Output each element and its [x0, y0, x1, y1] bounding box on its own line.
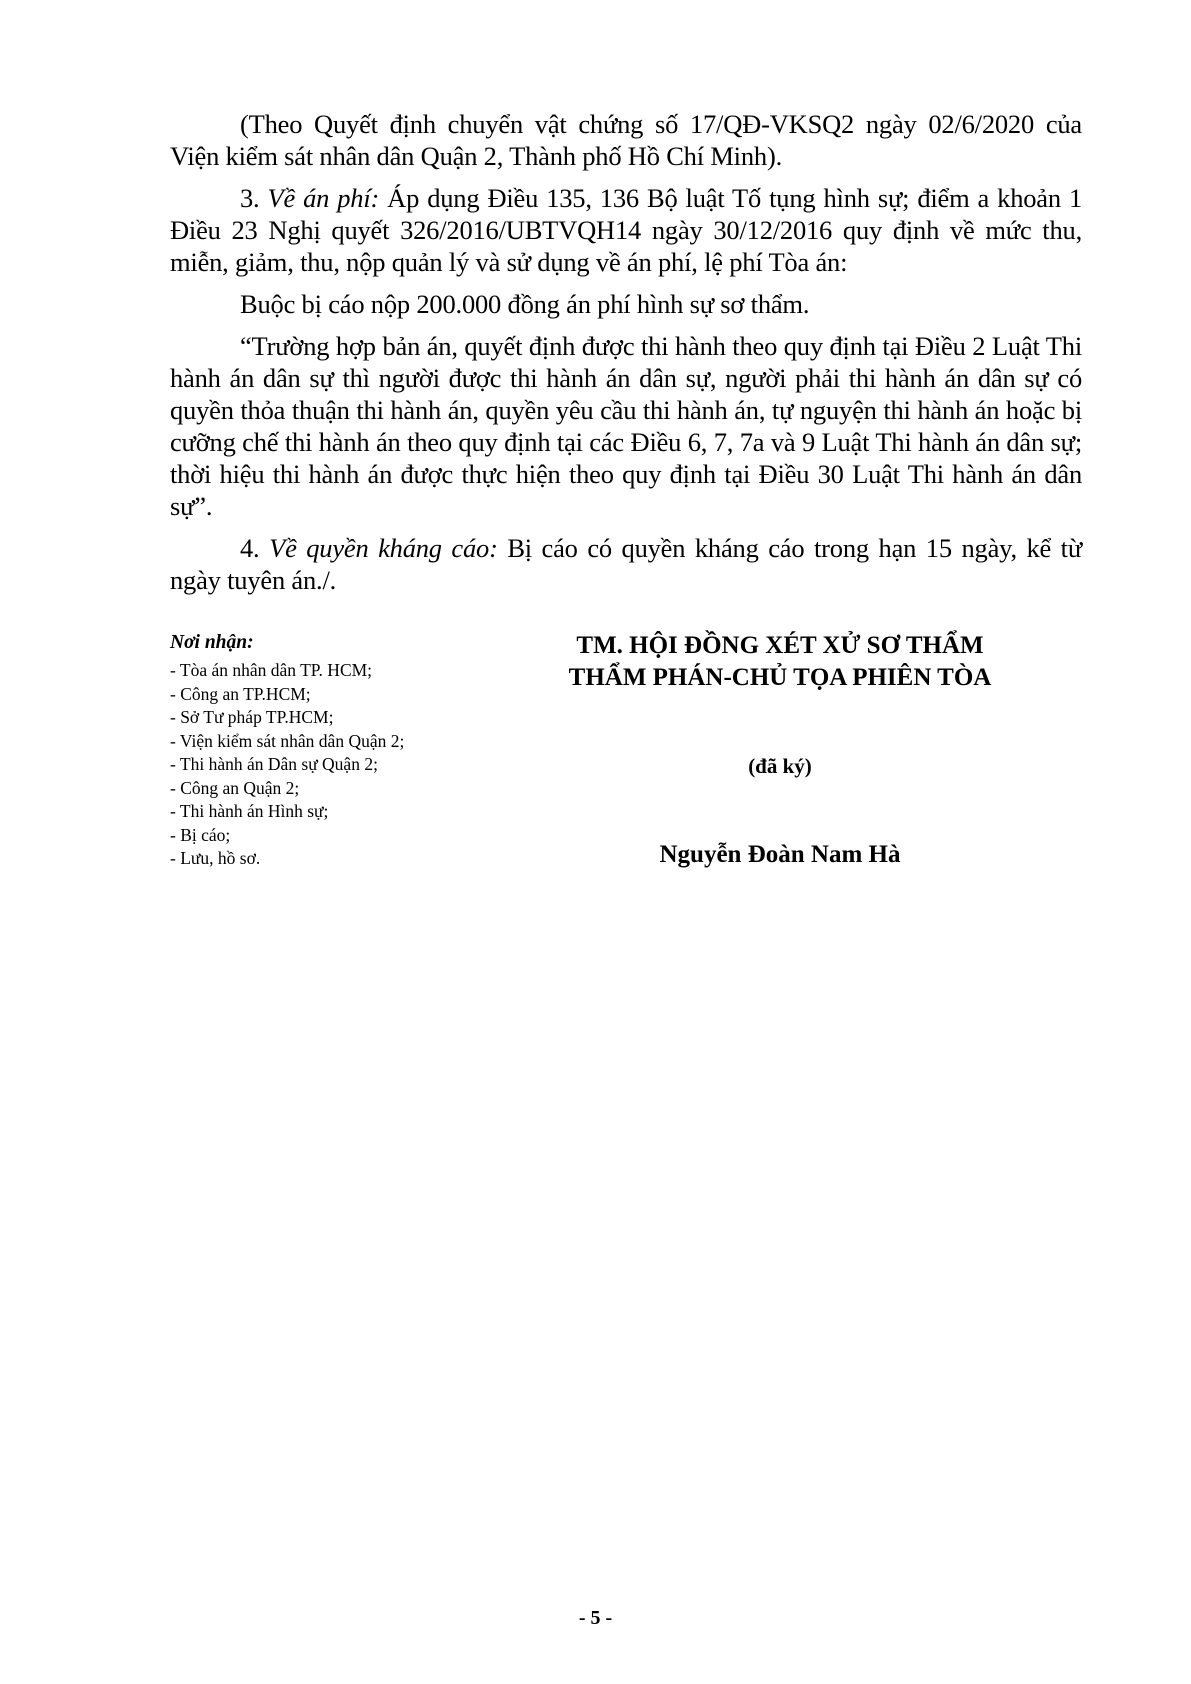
signed-note: (đã ký) — [530, 754, 1030, 779]
recipient-item: - Thi hành án Dân sự Quận 2; — [170, 753, 530, 777]
recipient-item: - Viện kiểm sát nhân dân Quận 2; — [170, 730, 530, 754]
recipient-item: - Công an Quận 2; — [170, 777, 530, 801]
page-number: - 5 - — [0, 1607, 1191, 1630]
paragraph-evidence-decision: (Theo Quyết định chuyển vật chứng số 17/… — [170, 108, 1082, 172]
paragraph-heading: Về quyền kháng cáo: — [269, 533, 498, 563]
paragraph-appeal-right: 4. Về quyền kháng cáo: Bị cáo có quyền k… — [170, 532, 1082, 596]
paragraph-text: Buộc bị cáo nộp 200.000 đồng án phí hình… — [240, 289, 809, 319]
recipient-item: - Lưu, hồ sơ. — [170, 847, 530, 871]
paragraph-number: 4. — [240, 533, 269, 563]
paragraph-text: “Trường hợp bản án, quyết định được thi … — [170, 331, 1082, 521]
recipient-item: - Thi hành án Hình sự; — [170, 800, 530, 824]
paragraph-heading: Về án phí: — [268, 183, 380, 213]
recipient-item: - Tòa án nhân dân TP. HCM; — [170, 659, 530, 683]
signer-title-line1: TM. HỘI ĐỒNG XÉT XỬ SƠ THẨM — [530, 630, 1030, 662]
signer-title-line2: THẨM PHÁN-CHỦ TỌA PHIÊN TÒA — [530, 662, 1030, 694]
recipient-item: - Bị cáo; — [170, 824, 530, 848]
paragraph-text: (Theo Quyết định chuyển vật chứng số 17/… — [170, 109, 1082, 171]
paragraph-number: 3. — [240, 183, 268, 213]
signer-name: Nguyễn Đoàn Nam Hà — [530, 841, 1030, 869]
paragraph-enforcement: “Trường hợp bản án, quyết định được thi … — [170, 330, 1082, 522]
recipients-label: Nơi nhận: — [170, 630, 530, 656]
paragraph-court-fee: 3. Về án phí: Áp dụng Điều 135, 136 Bộ l… — [170, 182, 1082, 278]
recipients-list: Nơi nhận: - Tòa án nhân dân TP. HCM; - C… — [170, 630, 530, 871]
recipient-item: - Công an TP.HCM; — [170, 683, 530, 707]
recipient-item: - Sở Tư pháp TP.HCM; — [170, 706, 530, 730]
paragraph-fee-amount: Buộc bị cáo nộp 200.000 đồng án phí hình… — [170, 288, 1082, 320]
document-body: (Theo Quyết định chuyển vật chứng số 17/… — [170, 108, 1082, 606]
signer-block: TM. HỘI ĐỒNG XÉT XỬ SƠ THẨM THẨM PHÁN-CH… — [530, 630, 1030, 869]
